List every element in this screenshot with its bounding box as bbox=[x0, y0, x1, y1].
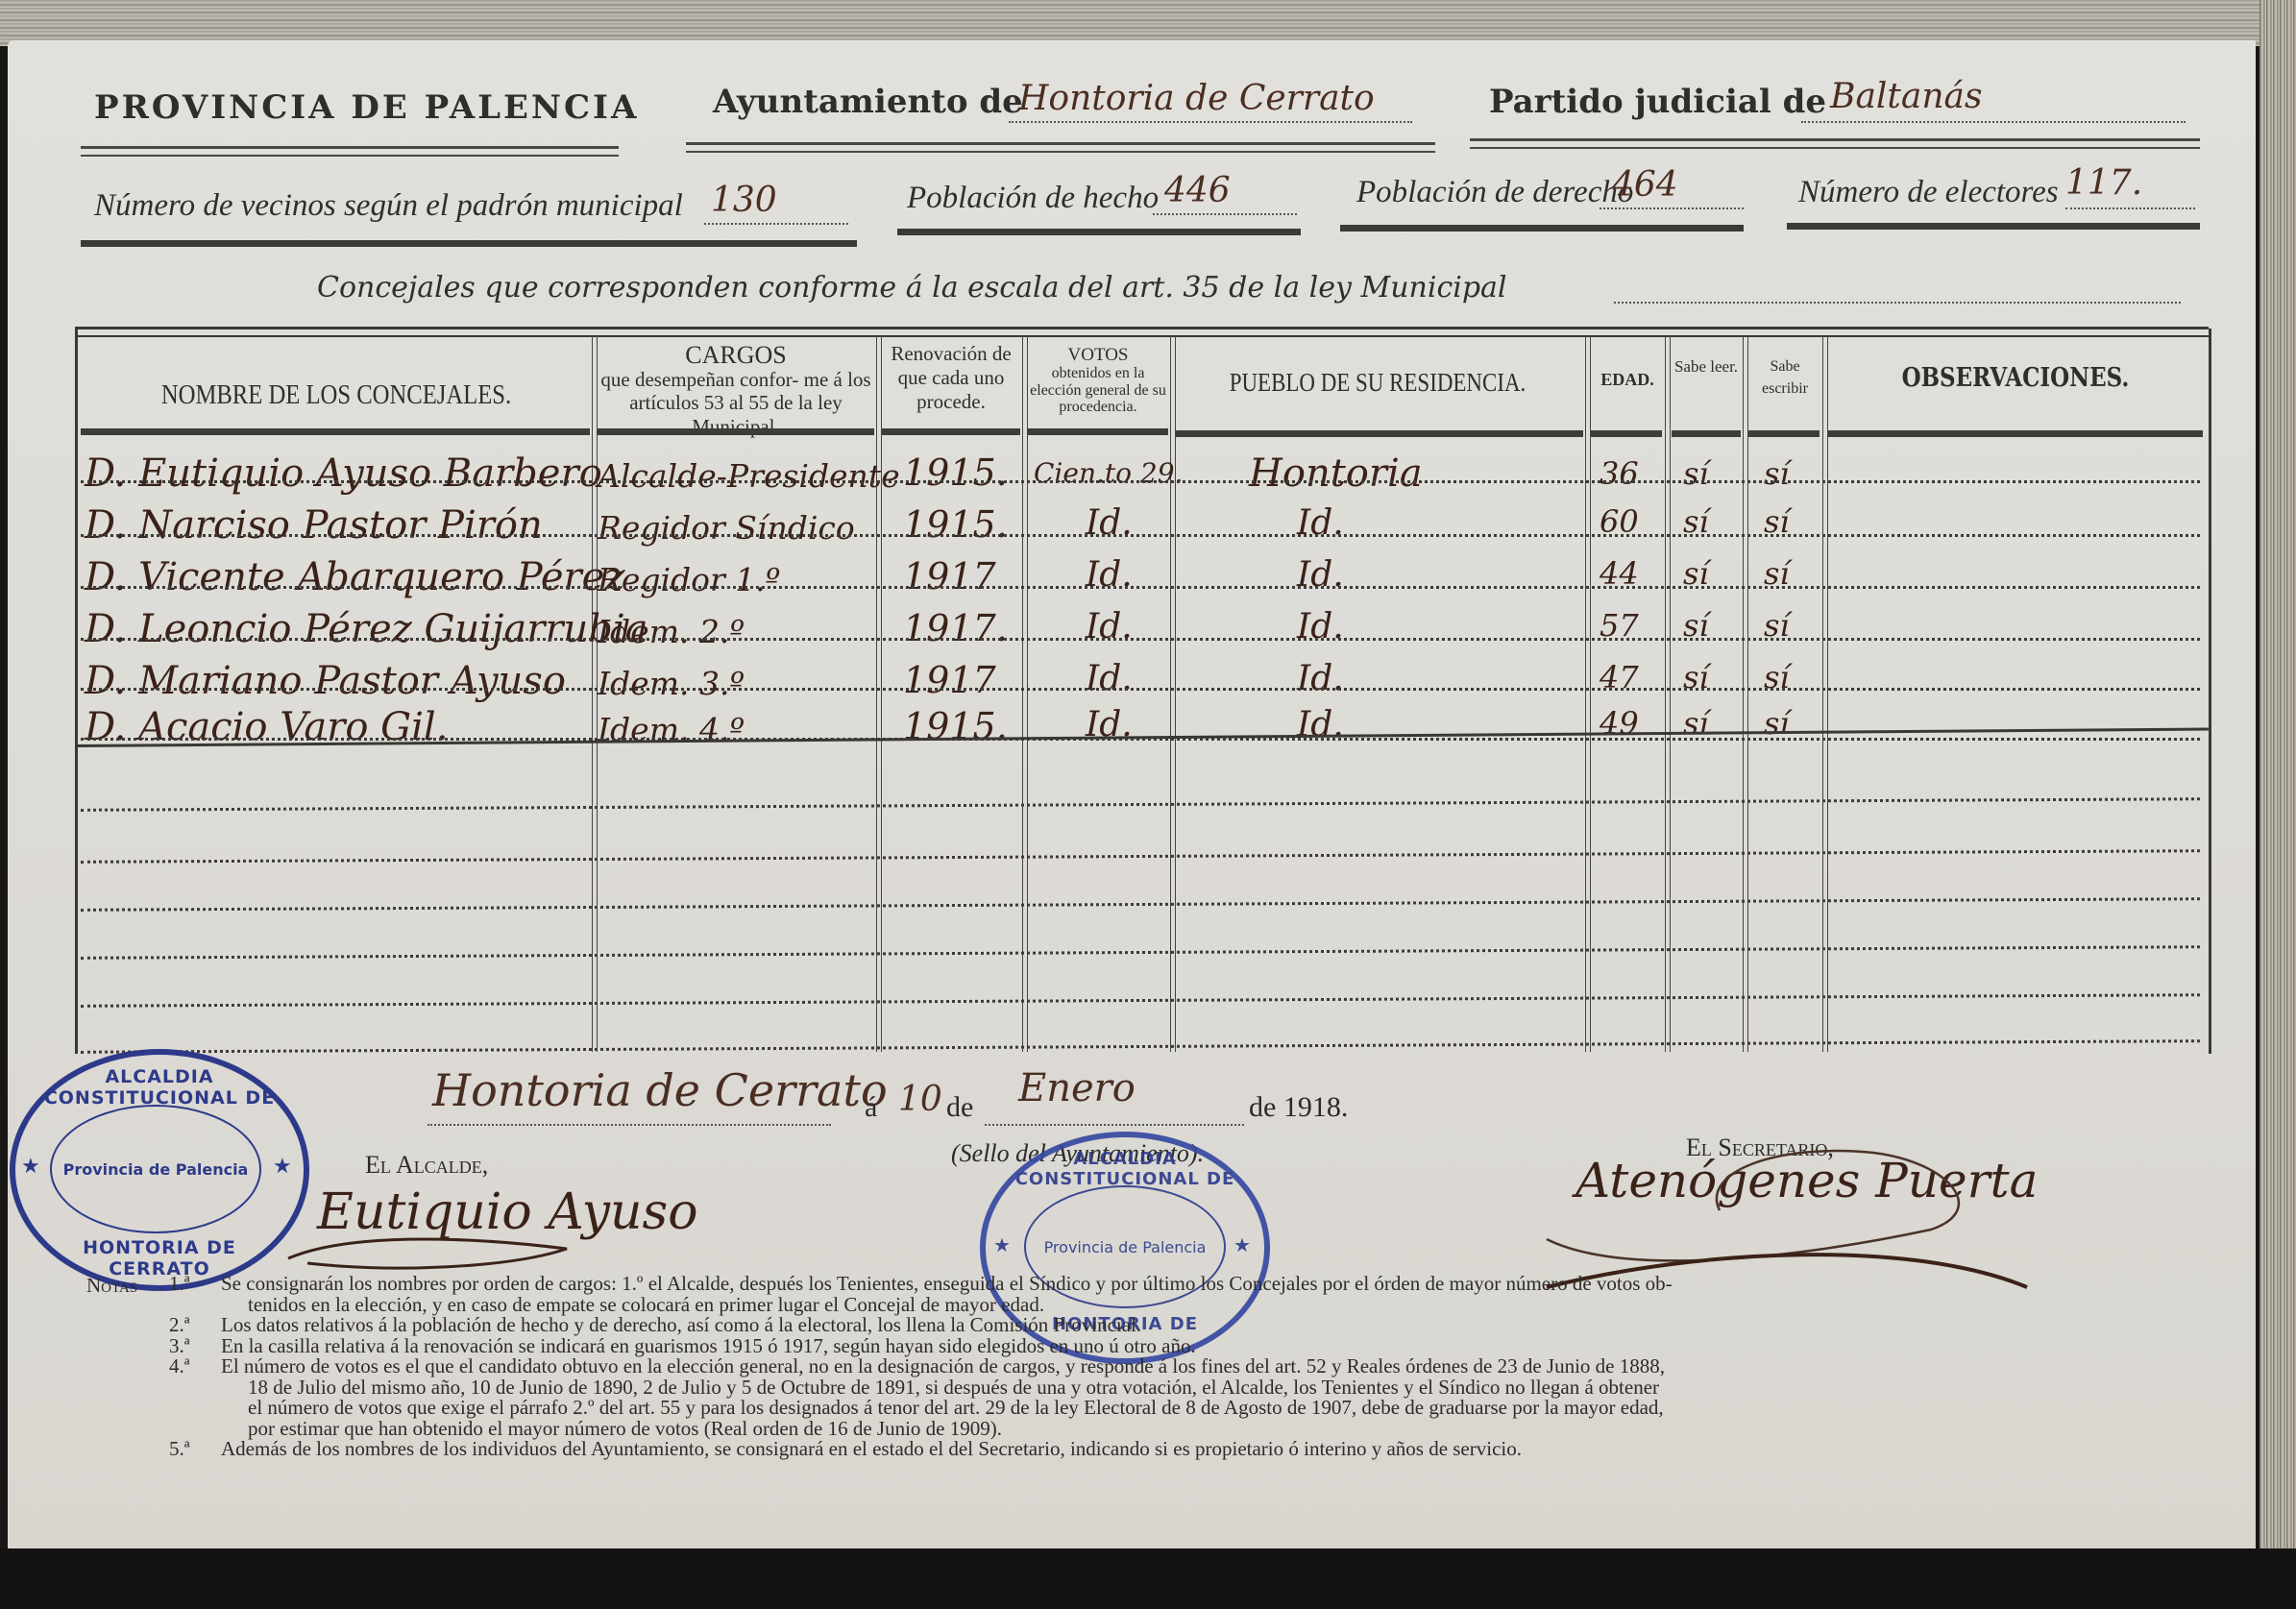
column-divider bbox=[876, 336, 882, 1052]
note-number: 1.ª bbox=[169, 1274, 190, 1295]
cell-renovacion: 1915. bbox=[903, 451, 1008, 494]
note-line: Los datos relativos á la población de he… bbox=[221, 1315, 2229, 1336]
star-icon: ★ bbox=[21, 1155, 40, 1179]
hecho-label: Población de hecho bbox=[907, 181, 1159, 216]
book-page-edges-right bbox=[2259, 0, 2296, 1609]
footer-day: 10 bbox=[898, 1080, 942, 1119]
ayuntamiento-label: Ayuntamiento de bbox=[713, 83, 1023, 121]
note-number: 3.ª bbox=[169, 1336, 190, 1357]
scan-background bbox=[0, 1548, 2296, 1609]
header-votos: VOTOS obtenidos en la elección general d… bbox=[1028, 346, 1168, 416]
cell-votos: Cien.to 29. bbox=[1034, 457, 1183, 489]
cell-renovacion: 1915. bbox=[903, 503, 1008, 546]
header-rule bbox=[1591, 430, 1662, 437]
cell-cargo: Regidor 1.º bbox=[598, 561, 780, 598]
note-line: Además de los nombres de los individuos … bbox=[221, 1439, 2229, 1460]
column-divider bbox=[1665, 336, 1671, 1052]
subtitle: Concejales que corresponden conforme á l… bbox=[317, 271, 1507, 305]
note-item: 5.ª Además de los nombres de los individ… bbox=[86, 1439, 2229, 1460]
stamp-left-center: Provincia de Palencia bbox=[50, 1105, 261, 1233]
cell-renovacion: 1917. bbox=[903, 607, 1008, 649]
partido-dots bbox=[1801, 121, 2186, 123]
column-divider bbox=[1022, 336, 1028, 1052]
cell-nombre: D. Mariano Pastor Ayuso bbox=[85, 659, 566, 703]
column-divider bbox=[1585, 336, 1591, 1052]
hecho-value: 446 bbox=[1164, 171, 1231, 210]
header-rule bbox=[1470, 138, 2200, 149]
ayuntamiento-dots bbox=[1009, 121, 1412, 123]
cell-votos: Id. bbox=[1086, 659, 1133, 698]
electores-label: Número de electores bbox=[1798, 175, 2059, 210]
note-line: En la casilla relativa á la renovación s… bbox=[221, 1336, 2229, 1357]
stamp-left: ALCALDIA CONSTITUCIONAL DE Provincia de … bbox=[10, 1049, 309, 1291]
stats-rule bbox=[81, 240, 857, 247]
header-leer: Sabe leer. bbox=[1672, 355, 1741, 379]
cell-escribir: sí bbox=[1764, 705, 1790, 742]
derecho-label: Población de derecho bbox=[1356, 175, 1633, 210]
partido-value: Baltanás bbox=[1830, 77, 1982, 116]
row-divider bbox=[81, 688, 2200, 691]
row-divider bbox=[81, 480, 2200, 483]
note-item: 3.ª En la casilla relativa á la renovaci… bbox=[86, 1336, 2229, 1357]
header-edad: EDAD. bbox=[1591, 371, 1664, 389]
cell-edad: 36 bbox=[1600, 455, 1639, 492]
header-cargos-title: CARGOS bbox=[598, 342, 874, 368]
alcalde-label: El Alcalde, bbox=[365, 1151, 488, 1180]
cell-cargo: Alcalde-Presidente bbox=[598, 457, 900, 495]
note-number: 5.ª bbox=[169, 1439, 190, 1460]
secretario-flourish-icon bbox=[1508, 1114, 2046, 1297]
stamp-center-outer-text: ALCALDIA CONSTITUCIONAL DE bbox=[1005, 1149, 1245, 1189]
star-icon: ★ bbox=[993, 1233, 1011, 1256]
cell-escribir: sí bbox=[1764, 455, 1790, 492]
subtitle-dots bbox=[1614, 302, 2181, 304]
star-icon: ★ bbox=[273, 1155, 292, 1179]
cell-nombre: D. Narciso Pastor Pirón bbox=[85, 503, 543, 548]
derecho-value: 464 bbox=[1612, 165, 1678, 205]
note-item: 4.ª El número de votos es el que el cand… bbox=[86, 1356, 2229, 1439]
header-observaciones: OBSERVACIONES. bbox=[1856, 365, 2175, 392]
vecinos-value: 130 bbox=[711, 181, 777, 220]
header-rule bbox=[81, 428, 590, 435]
footer-place: Hontoria de Cerrato bbox=[432, 1064, 888, 1116]
header-rule bbox=[598, 428, 874, 435]
note-line: por estimar que han obtenido el mayor nú… bbox=[248, 1419, 2229, 1440]
cell-nombre: D. Eutiquio Ayuso Barbero bbox=[85, 451, 602, 496]
note-item: 1.ª Se consignarán los nombres por orden… bbox=[86, 1274, 2229, 1315]
note-number: 4.ª bbox=[169, 1356, 190, 1377]
header-rule bbox=[882, 428, 1020, 435]
footer-a-label: á bbox=[865, 1091, 877, 1124]
alcalde-flourish-icon bbox=[279, 1220, 586, 1278]
cell-renovacion: 1917 bbox=[903, 555, 996, 597]
header-rule bbox=[1828, 430, 2203, 437]
stats-rule bbox=[897, 229, 1301, 235]
note-item: 2.ª Los datos relativos á la población d… bbox=[86, 1315, 2229, 1336]
column-divider bbox=[1822, 336, 1828, 1052]
header-rule bbox=[1748, 430, 1820, 437]
electores-value: 117. bbox=[2065, 163, 2142, 203]
cell-pueblo: Id. bbox=[1297, 659, 1344, 698]
header-cargos: CARGOS que desempeñan confor- me á los a… bbox=[598, 342, 874, 438]
stats-rule bbox=[1787, 223, 2200, 230]
hecho-dots bbox=[1153, 213, 1297, 215]
header-rule bbox=[1028, 428, 1168, 435]
notes-section: Notas 1.ª Se consignarán los nombres por… bbox=[86, 1274, 2229, 1460]
place-dots bbox=[427, 1124, 831, 1126]
province-title: PROVINCIA DE PALENCIA bbox=[94, 88, 639, 127]
cell-renovacion: 1917 bbox=[903, 659, 996, 701]
footer-month: Enero bbox=[1018, 1066, 1136, 1110]
cell-pueblo: Hontoria bbox=[1249, 451, 1423, 496]
note-line: Se consignarán los nombres por orden de … bbox=[221, 1274, 2229, 1295]
header-rule bbox=[686, 142, 1435, 153]
header-cargos-sub: que desempeñan confor- me á los artículo… bbox=[598, 368, 874, 437]
note-number: 2.ª bbox=[169, 1315, 190, 1336]
cell-cargo: Idem. 2.º bbox=[598, 613, 745, 650]
ayuntamiento-value: Hontoria de Cerrato bbox=[1018, 79, 1375, 118]
note-line: tenidos en la elección, y en caso de emp… bbox=[248, 1295, 2229, 1316]
stamp-center-center-text: Provincia de Palencia bbox=[1044, 1238, 1207, 1256]
cell-cargo: Regidor Síndico bbox=[598, 509, 855, 547]
stamp-left-center-text: Provincia de Palencia bbox=[63, 1160, 249, 1179]
cell-nombre: D. Vicente Abarquero Pérez bbox=[85, 555, 624, 599]
partido-label: Partido judicial de bbox=[1489, 83, 1826, 121]
note-line: 18 de Julio del mismo año, 10 de Junio d… bbox=[248, 1377, 2229, 1399]
derecho-dots bbox=[1600, 207, 1744, 209]
cell-edad: 49 bbox=[1600, 705, 1639, 742]
header-renovacion: Renovación de que cada uno procede. bbox=[882, 342, 1020, 415]
stats-rule bbox=[1340, 225, 1744, 232]
header-pueblo: PUEBLO DE SU RESIDENCIA. bbox=[1207, 369, 1550, 396]
cell-nombre: D. Leoncio Pérez Guijarrubia bbox=[85, 607, 648, 651]
row-divider bbox=[81, 586, 2200, 589]
cell-renovacion: 1915. bbox=[903, 705, 1008, 747]
column-divider bbox=[1170, 336, 1176, 1052]
note-line: El número de votos es el que el candidat… bbox=[221, 1356, 2229, 1377]
column-divider bbox=[1743, 336, 1748, 1052]
header-escribir: Sabe escribir bbox=[1748, 355, 1821, 400]
header-rule bbox=[1176, 430, 1583, 437]
row-divider bbox=[81, 638, 2200, 641]
stamp-left-outer-text: ALCALDIA CONSTITUCIONAL DE bbox=[37, 1066, 282, 1109]
cell-leer: sí bbox=[1683, 705, 1709, 742]
cell-leer: sí bbox=[1683, 455, 1709, 492]
header-rule bbox=[81, 146, 619, 157]
book-page-edges-top bbox=[0, 0, 2296, 46]
month-dots bbox=[985, 1124, 1244, 1126]
header-votos-sub: obtenidos en la elección general de su p… bbox=[1028, 365, 1168, 416]
header-votos-title: VOTOS bbox=[1028, 346, 1168, 365]
header-nombre: NOMBRE DE LOS CONCEJALES. bbox=[124, 380, 549, 409]
row-divider bbox=[81, 534, 2200, 537]
electores-dots bbox=[2065, 207, 2195, 209]
note-line: el número de votos que exige el párrafo … bbox=[248, 1398, 2229, 1419]
cell-cargo: Idem. 3.º bbox=[598, 665, 745, 702]
star-icon: ★ bbox=[1233, 1233, 1251, 1256]
footer-year: de 1918. bbox=[1249, 1091, 1348, 1124]
footer-de-label: de bbox=[946, 1091, 973, 1124]
header-rule bbox=[1672, 430, 1741, 437]
vecinos-dots bbox=[704, 223, 848, 225]
vecinos-label: Número de vecinos según el padrón munici… bbox=[94, 188, 683, 224]
